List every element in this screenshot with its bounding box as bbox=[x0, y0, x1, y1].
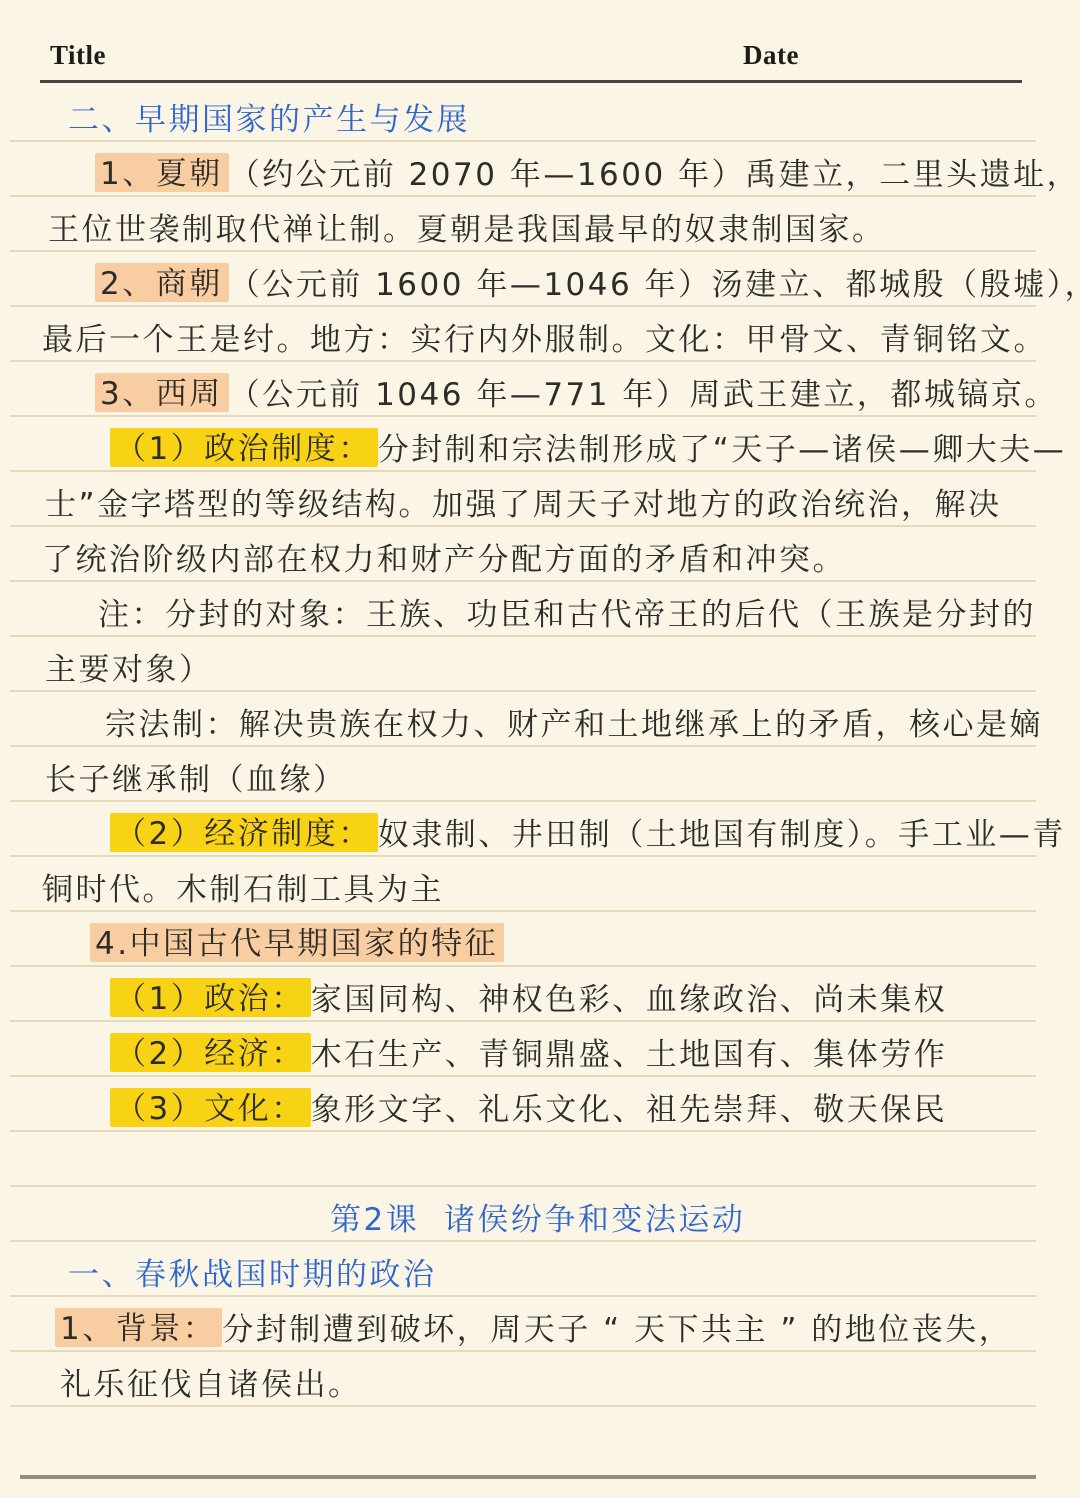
highlighted-text: 1、夏朝 bbox=[95, 153, 229, 192]
note-line: （1）政治：家国同构、神权色彩、血缘政治、尚未集权 bbox=[10, 967, 1036, 1022]
note-text: 长子继承制（血缘） bbox=[45, 763, 347, 797]
note-line: 王位世袭制取代禅让制。夏朝是我国最早的奴隶制国家。 bbox=[10, 197, 1036, 252]
note-line: 礼乐征伐自诸侯出。 bbox=[10, 1352, 1036, 1407]
note-line: 第2课 诸侯纷争和变法运动 bbox=[10, 1187, 1036, 1242]
notebook-page: Title Date 二、早期国家的产生与发展1、夏朝（约公元前 2070 年—… bbox=[0, 0, 1080, 1498]
note-line: （2）经济制度：奴隶制、井田制（土地国有制度）。手工业—青 bbox=[10, 802, 1036, 857]
highlighted-text: 4.中国古代早期国家的特征 bbox=[90, 923, 504, 962]
note-text: 二、早期国家的产生与发展 bbox=[68, 103, 470, 137]
highlighted-text: （2）经济： bbox=[110, 1033, 311, 1072]
notes-area: 二、早期国家的产生与发展1、夏朝（约公元前 2070 年—1600 年）禹建立，… bbox=[10, 87, 1036, 1407]
note-line: 宗法制：解决贵族在权力、财产和土地继承上的矛盾，核心是嫡 bbox=[10, 692, 1036, 747]
note-line: 3、西周（公元前 1046 年—771 年）周武王建立，都城镐京。 bbox=[10, 362, 1036, 417]
note-line: 1、背景：分封制遭到破坏，周天子 “ 天下共主 ” 的地位丧失， bbox=[10, 1297, 1036, 1352]
highlighted-text: （1）政治制度： bbox=[110, 428, 378, 467]
highlighted-text: 3、西周 bbox=[95, 373, 229, 412]
note-line: （1）政治制度：分封制和宗法制形成了“天子—诸侯—卿大夫— bbox=[10, 417, 1036, 472]
header-rule bbox=[40, 80, 1022, 83]
note-line: 1、夏朝（约公元前 2070 年—1600 年）禹建立，二里头遗址， bbox=[10, 142, 1036, 197]
note-line: 一、春秋战国时期的政治 bbox=[10, 1242, 1036, 1297]
note-line: 铜时代。木制石制工具为主 bbox=[10, 857, 1036, 912]
note-line: 士”金字塔型的等级结构。加强了周天子对地方的政治统治，解决 bbox=[10, 472, 1036, 527]
note-text: 主要对象） bbox=[45, 653, 213, 687]
note-text: 木石生产、青铜鼎盛、土地国有、集体劳作 bbox=[311, 1038, 948, 1072]
highlighted-text: （2）经济制度： bbox=[110, 813, 378, 852]
note-line: 注：分封的对象：王族、功臣和古代帝王的后代（王族是分封的 bbox=[10, 582, 1036, 637]
note-line: 主要对象） bbox=[10, 637, 1036, 692]
note-text: 第2课 诸侯纷争和变法运动 bbox=[330, 1203, 745, 1237]
note-text: 分封制和宗法制形成了“天子—诸侯—卿大夫— bbox=[378, 433, 1067, 467]
note-text: 分封制遭到破坏，周天子 “ 天下共主 ” 的地位丧失， bbox=[222, 1313, 1012, 1347]
note-line: 2、商朝（公元前 1600 年—1046 年）汤建立、都城殷（殷墟）， bbox=[10, 252, 1036, 307]
note-text: 注：分封的对象：王族、功臣和古代帝王的后代（王族是分封的 bbox=[98, 598, 1036, 632]
highlighted-text: 2、商朝 bbox=[95, 263, 229, 302]
note-text: 士”金字塔型的等级结构。加强了周天子对地方的政治统治，解决 bbox=[45, 488, 1002, 522]
note-line: 二、早期国家的产生与发展 bbox=[10, 87, 1036, 142]
note-text: 礼乐征伐自诸侯出。 bbox=[60, 1368, 362, 1402]
note-text: 家国同构、神权色彩、血缘政治、尚未集权 bbox=[311, 983, 948, 1017]
note-line bbox=[10, 1132, 1036, 1187]
bottom-rule bbox=[20, 1475, 1036, 1479]
note-text: 铜时代。木制石制工具为主 bbox=[42, 873, 444, 907]
note-line: 了统治阶级内部在权力和财产分配方面的矛盾和冲突。 bbox=[10, 527, 1036, 582]
note-text: 一、春秋战国时期的政治 bbox=[68, 1258, 437, 1292]
note-text: 奴隶制、井田制（土地国有制度）。手工业—青 bbox=[378, 818, 1066, 852]
note-text: 宗法制：解决贵族在权力、财产和土地继承上的矛盾，核心是嫡 bbox=[105, 708, 1043, 742]
note-text: （公元前 1600 年—1046 年）汤建立、都城殷（殷墟）， bbox=[229, 268, 1080, 302]
note-text: 最后一个王是纣。地方：实行内外服制。文化：甲骨文、青铜铭文。 bbox=[42, 323, 1047, 357]
highlighted-text: （1）政治： bbox=[110, 978, 311, 1017]
note-line: 4.中国古代早期国家的特征 bbox=[10, 912, 1036, 967]
note-line: 最后一个王是纣。地方：实行内外服制。文化：甲骨文、青铜铭文。 bbox=[10, 307, 1036, 362]
note-text: （约公元前 2070 年—1600 年）禹建立，二里头遗址， bbox=[229, 158, 1080, 192]
note-line: （2）经济：木石生产、青铜鼎盛、土地国有、集体劳作 bbox=[10, 1022, 1036, 1077]
note-text: （公元前 1046 年—771 年）周武王建立，都城镐京。 bbox=[229, 378, 1058, 412]
note-text: 象形文字、礼乐文化、祖先崇拜、敬天保民 bbox=[311, 1093, 948, 1127]
title-label: Title bbox=[50, 40, 106, 71]
note-line: （3）文化：象形文字、礼乐文化、祖先崇拜、敬天保民 bbox=[10, 1077, 1036, 1132]
note-line: 长子继承制（血缘） bbox=[10, 747, 1036, 802]
note-text: 了统治阶级内部在权力和财产分配方面的矛盾和冲突。 bbox=[42, 543, 846, 577]
note-text: 王位世袭制取代禅让制。夏朝是我国最早的奴隶制国家。 bbox=[48, 213, 886, 247]
highlighted-text: （3）文化： bbox=[110, 1088, 311, 1127]
highlighted-text: 1、背景： bbox=[55, 1308, 222, 1347]
date-label: Date bbox=[743, 40, 799, 71]
